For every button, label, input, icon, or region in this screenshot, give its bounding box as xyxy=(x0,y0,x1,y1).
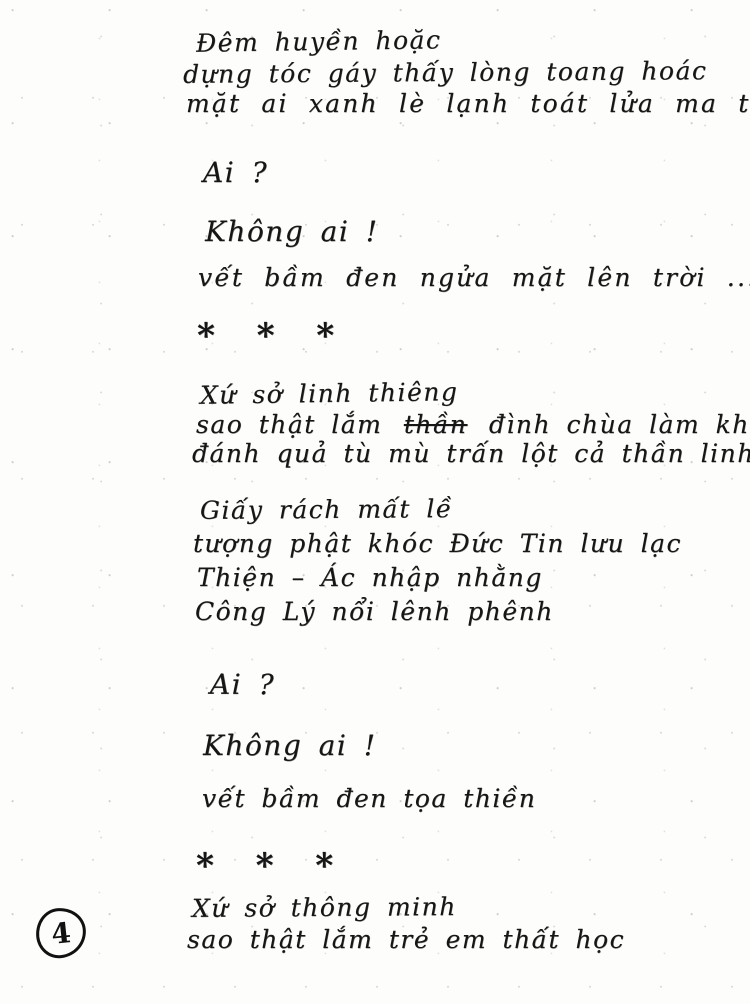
poem-line-stanza2-line2: sao thật lắm thần đình chùa làm kho hợp … xyxy=(196,411,750,439)
poem-line-stanza3-line4: Công Lý nổi lênh phênh xyxy=(195,598,554,626)
manuscript-page: Đêm huyền hoặc dựng tóc gáy thấy lòng to… xyxy=(0,0,750,1004)
poem-line-refrain1-line1: Ai ? xyxy=(203,158,268,189)
poem-line-stanza2-line1: Xứ sở linh thiêng xyxy=(200,378,459,409)
page-number-circle: 4 xyxy=(34,906,89,961)
poem-line-refrain2-line2: Không ai ! xyxy=(203,731,376,762)
crossed-out-word: thần xyxy=(404,410,468,439)
line-segment-after: đình chùa làm kho hợp tác xyxy=(489,410,750,439)
page-number: 4 xyxy=(50,916,73,951)
poem-line-stanza4-line1: Xứ sở thông minh xyxy=(192,893,457,922)
poem-line-stanza3-line1: Giấy rách mất lề xyxy=(200,495,453,524)
poem-line-stanza3-line3: Thiện – Ác nhập nhằng xyxy=(197,564,543,592)
poem-line-stanza1-line3: mặt ai xanh lè lạnh toát lửa ma trơi xyxy=(186,90,750,118)
poem-line-stanza1-line2: dựng tóc gáy thấy lòng toang hoác xyxy=(183,57,708,88)
poem-line-stanza1-line1: Đêm huyền hoặc xyxy=(196,26,442,57)
poem-line-refrain2-line1: Ai ? xyxy=(210,670,275,701)
poem-line-refrain1-line2: Không ai ! xyxy=(205,217,378,248)
poem-line-refrain2-line3: vết bầm đen tọa thiền xyxy=(202,785,536,813)
poem-line-stanza4-line2: sao thật lắm trẻ em thất học xyxy=(187,926,625,954)
stanza-separator-asterisks: * * * xyxy=(196,848,345,885)
stanza-separator-asterisks: * * * xyxy=(197,318,346,355)
line-segment-before: sao thật lắm xyxy=(196,410,382,439)
poem-line-stanza3-line2: tượng phật khóc Đức Tin lưu lạc xyxy=(193,530,682,558)
poem-line-refrain1-line3: vết bầm đen ngửa mặt lên trời ... xyxy=(198,264,750,292)
poem-line-stanza2-line3: đánh quả tù mù trấn lột cả thần linh / xyxy=(192,440,750,468)
